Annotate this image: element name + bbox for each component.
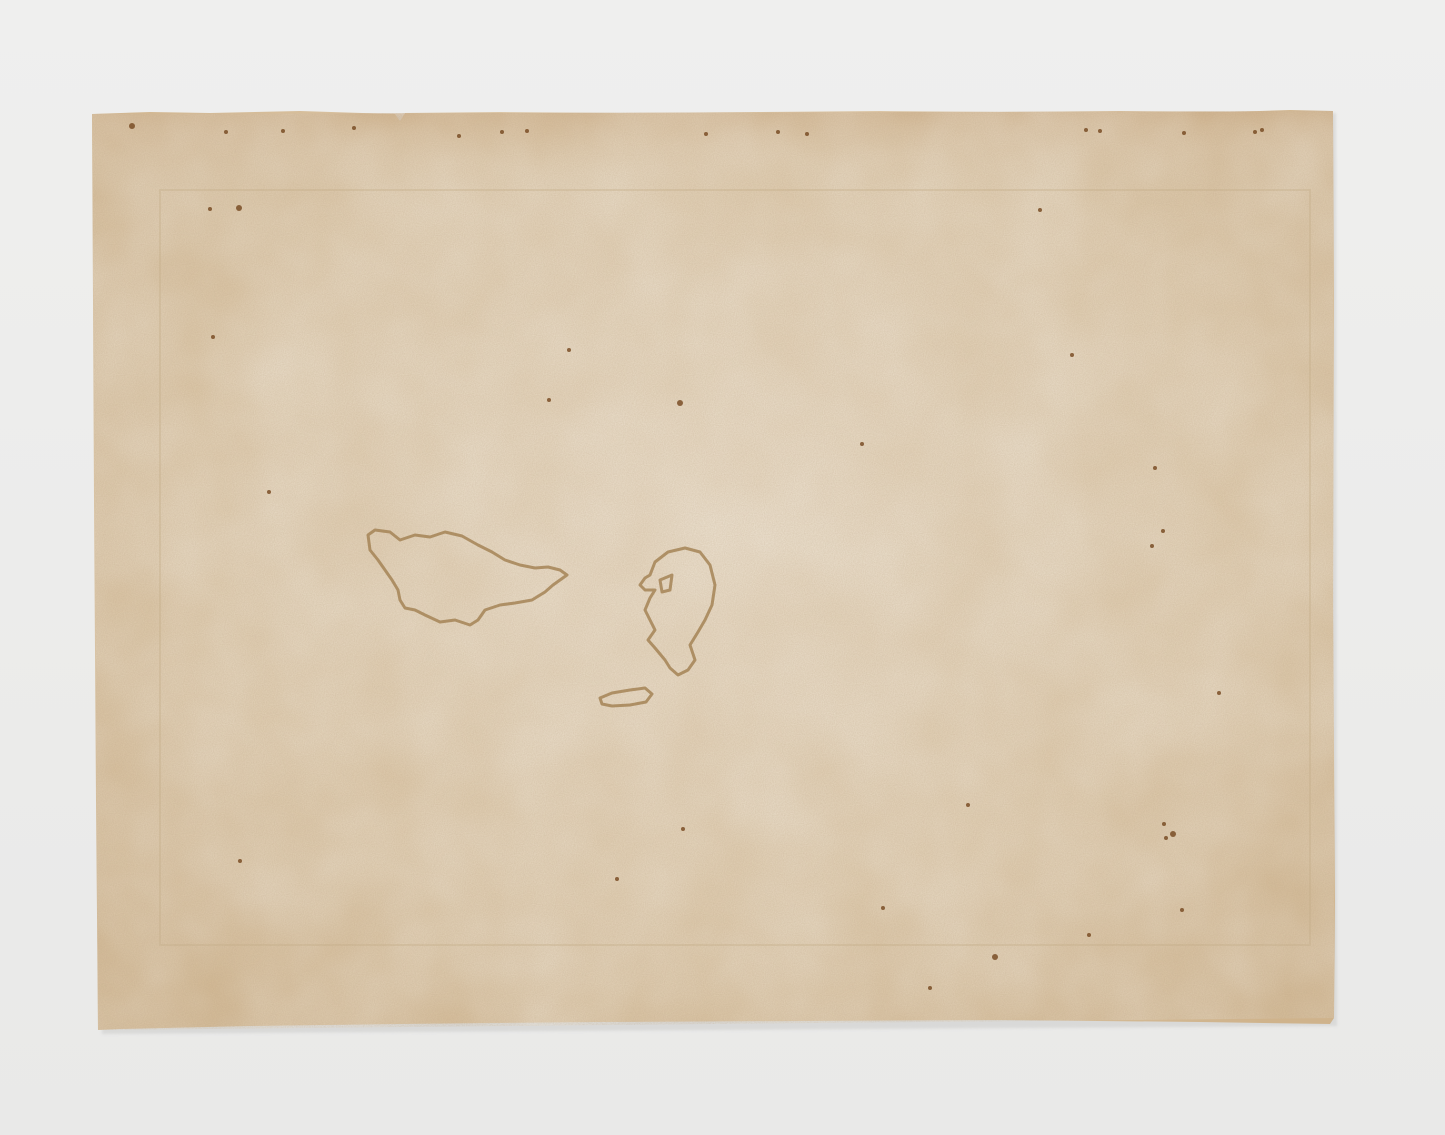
aged-paper-sheet <box>0 0 1445 1135</box>
photo-scene <box>0 0 1445 1135</box>
